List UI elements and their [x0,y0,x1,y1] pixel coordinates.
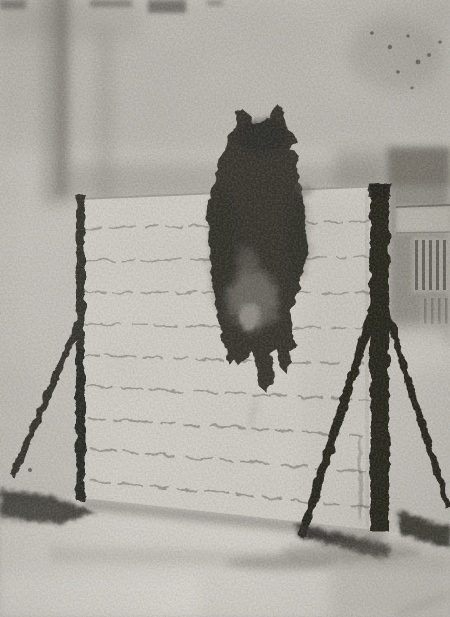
photo: A dark shepherd-type dog scrambles over … [0,0,450,617]
photo-scene [0,0,450,617]
vignette [0,0,450,617]
film-grain-overlay [0,0,450,617]
corner-darkening [0,0,140,40]
